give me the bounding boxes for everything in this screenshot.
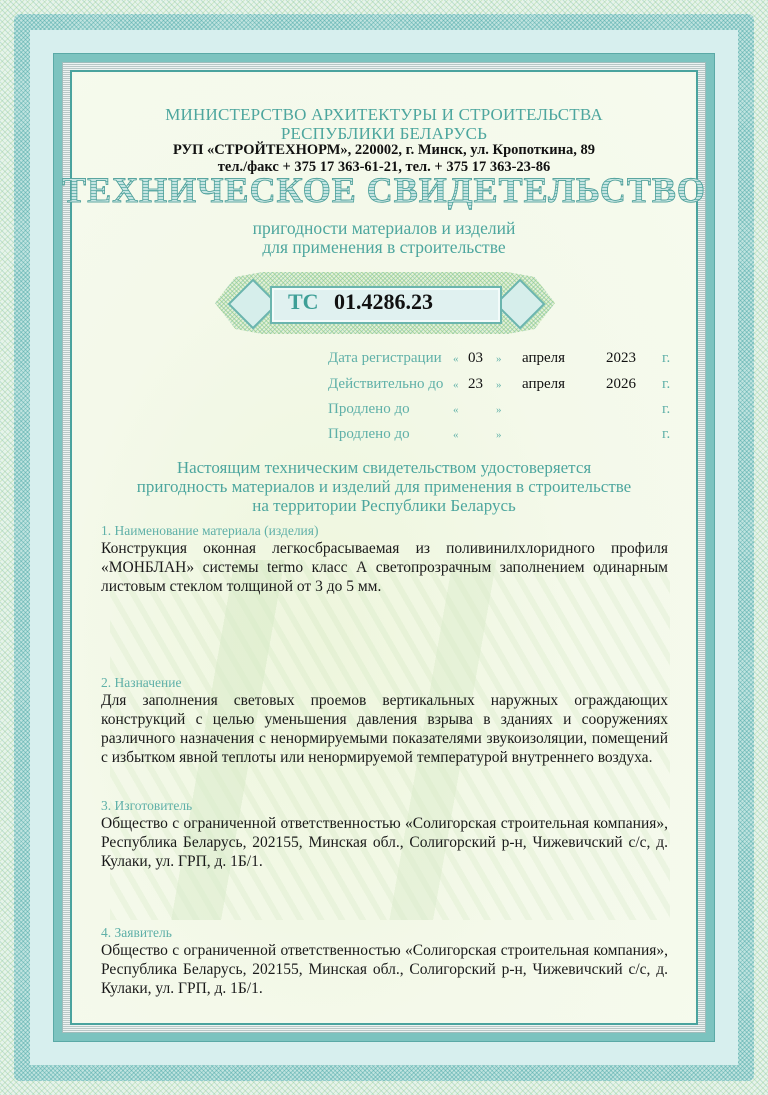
section-material-name: 1. Наименование материала (изделия) Конс…	[101, 523, 668, 596]
certificate-content: МИНИСТЕРСТВО АРХИТЕКТУРЫ И СТРОИТЕЛЬСТВА…	[0, 0, 768, 1095]
section-heading: 1. Наименование материала (изделия)	[101, 523, 668, 539]
date-year: 2023	[606, 350, 636, 367]
date-label: Продлено до	[328, 426, 410, 443]
date-day: 23	[468, 376, 483, 393]
date-day: 03	[468, 350, 483, 367]
document-subtitle-line2: для применения в строительстве	[0, 237, 768, 258]
document-subtitle-line1: пригодности материалов и изделий	[0, 218, 768, 239]
close-quote: »	[496, 404, 502, 416]
open-quote: «	[453, 379, 459, 391]
date-month: апреля	[522, 350, 565, 367]
section-manufacturer: 3. Изготовитель Общество с ограниченной …	[101, 798, 668, 871]
certification-statement-line2: пригодность материалов и изделий для при…	[0, 477, 768, 496]
date-label: Дата регистрации	[328, 350, 442, 367]
close-quote: »	[496, 353, 502, 365]
date-row-extended-2: Продлено до « » г.	[0, 426, 768, 448]
year-suffix: г.	[662, 376, 670, 393]
section-body: Конструкция оконная легкосбрасываемая из…	[101, 539, 668, 596]
certification-statement-line1: Настоящим техническим свидетельством удо…	[0, 458, 768, 477]
date-month: апреля	[522, 376, 565, 393]
section-body: Общество с ограниченной ответственностью…	[101, 814, 668, 871]
date-year: 2026	[606, 376, 636, 393]
section-heading: 2. Назначение	[101, 675, 668, 691]
section-body: Общество с ограниченной ответственностью…	[101, 941, 668, 998]
open-quote: «	[453, 353, 459, 365]
year-suffix: г.	[662, 401, 670, 418]
date-row-valid-until: Действительно до « 23 » апреля 2026 г.	[0, 376, 768, 398]
section-applicant: 4. Заявитель Общество с ограниченной отв…	[101, 925, 668, 998]
open-quote: «	[453, 404, 459, 416]
section-body: Для заполнения световых проемов вертикал…	[101, 691, 668, 767]
document-title: ТЕХНИЧЕСКОЕ СВИДЕТЕЛЬСТВО	[0, 169, 768, 211]
ministry-name-line2: РЕСПУБЛИКИ БЕЛАРУСЬ	[0, 124, 768, 144]
close-quote: »	[496, 379, 502, 391]
ministry-name-line1: МИНИСТЕРСТВО АРХИТЕКТУРЫ И СТРОИТЕЛЬСТВА	[0, 105, 768, 125]
open-quote: «	[453, 429, 459, 441]
date-label: Действительно до	[328, 376, 443, 393]
section-heading: 3. Изготовитель	[101, 798, 668, 814]
section-heading: 4. Заявитель	[101, 925, 668, 941]
date-label: Продлено до	[328, 401, 410, 418]
year-suffix: г.	[662, 426, 670, 443]
year-suffix: г.	[662, 350, 670, 367]
certificate-number: 01.4286.23	[334, 289, 433, 315]
date-row-extended-1: Продлено до « » г.	[0, 401, 768, 423]
date-row-registration: Дата регистрации « 03 » апреля 2023 г.	[0, 350, 768, 372]
issuer-address: РУП «СТРОЙТЕХНОРМ», 220002, г. Минск, ул…	[0, 142, 768, 159]
certification-statement-line3: на территории Республики Беларусь	[0, 496, 768, 515]
certificate-prefix: ТС	[288, 289, 319, 315]
close-quote: »	[496, 429, 502, 441]
section-purpose: 2. Назначение Для заполнения световых пр…	[101, 675, 668, 767]
